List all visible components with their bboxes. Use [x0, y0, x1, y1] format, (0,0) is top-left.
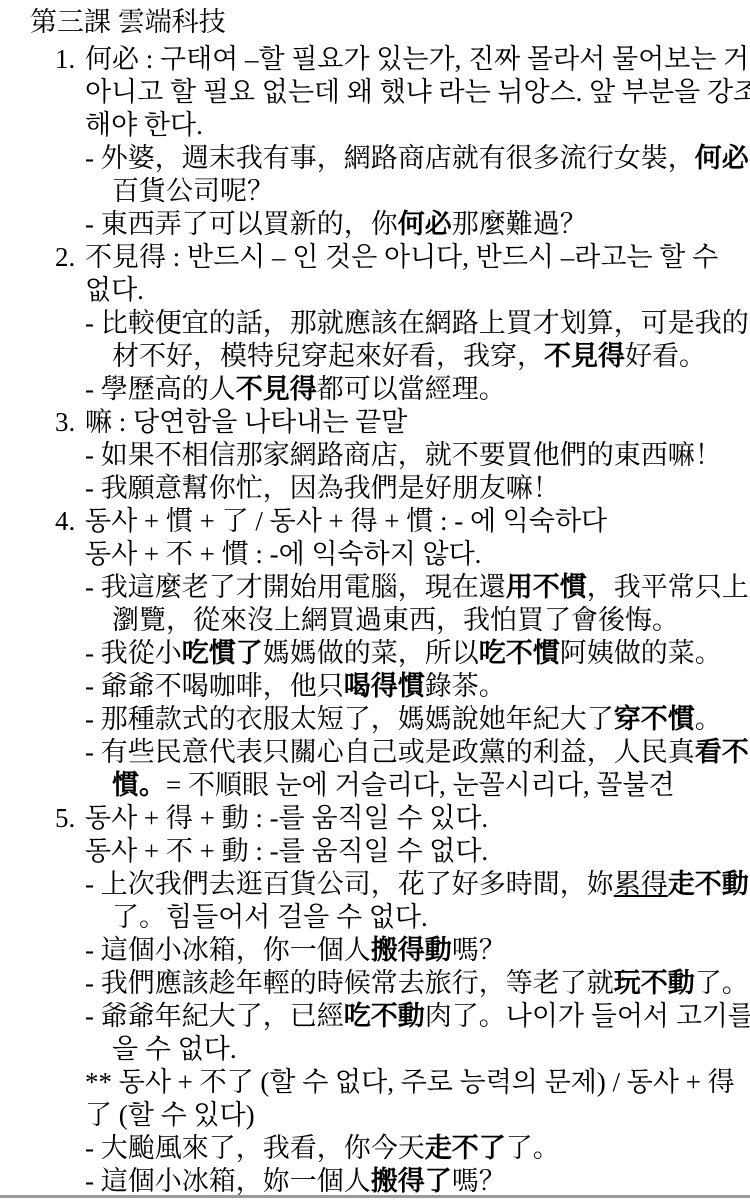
highlighted-term: 搬得了: [371, 1166, 452, 1196]
page-bottom-rule: [0, 1195, 750, 1198]
text-segment: - 比較便宜的話，那就應該在網路上買才划算，可是我的身: [85, 308, 750, 338]
text-segment: - 這個小冰箱，妳一個人: [85, 1166, 371, 1196]
text-segment: 해야 한다.: [85, 110, 203, 140]
text-segment: 不見得 : 반드시 – 인 것은 아니다, 반드시 –라고는 할 수: [85, 242, 718, 272]
text-segment: 錄茶。: [425, 671, 506, 701]
highlighted-term: 不見得: [236, 374, 317, 404]
text-segment: 材不好，模特兒穿起來好看，我穿，: [112, 341, 544, 371]
grammar-point-1-cont: 해야 한다.: [0, 109, 750, 142]
text-segment: 了 (할 수 있다): [85, 1100, 255, 1130]
text-segment: 好看。: [625, 341, 706, 371]
example-sentence: - 爺爺不喝咖啡，他只喝得慣錄茶。: [0, 670, 750, 703]
highlighted-term: 喝得慣: [344, 671, 425, 701]
text-segment: - 學歷高的人: [85, 374, 236, 404]
text-segment: 동사 + 不 + 動 : -를 움직일 수 없다.: [85, 836, 488, 866]
grammar-point-3: 3.嘛 : 당연함을 나타내는 끝말: [0, 406, 750, 439]
example-sentence: - 那種款式的衣服太短了，媽媽說她年紀大了穿不慣。: [0, 703, 750, 736]
text-segment: 那麼難過？: [452, 209, 587, 239]
example-sentence: - 我們應該趁年輕的時候常去旅行，等老了就玩不動了。: [0, 967, 750, 1000]
highlighted-term: 用不慣: [506, 572, 587, 602]
text-segment: - 我願意幫你忙，因為我們是好朋友嘛！: [85, 473, 560, 503]
text-segment: = 不順眼 눈에 거슬리다, 눈꼴시리다, 꼴불견: [166, 770, 675, 800]
example-sentence: - 我這麼老了才開始用電腦，現在還用不慣，我平常只上網: [0, 571, 750, 604]
example-sentence: - 這個小冰箱，你一個人搬得動嗎？: [0, 934, 750, 967]
text-segment: 阿姨做的菜。: [560, 638, 722, 668]
grammar-point-2: 2.不見得 : 반드시 – 인 것은 아니다, 반드시 –라고는 할 수: [0, 241, 750, 274]
document-lines: 第三課 雲端科技1.何必 : 구태여 –할 필요가 있는가, 진짜 몰라서 물어…: [0, 6, 750, 1198]
text-segment: 媽媽做的菜，所以: [263, 638, 479, 668]
text-segment: 了。힘들어서 걸을 수 없다.: [112, 902, 428, 932]
text-segment: - 東西弄了可以買新的，你: [85, 209, 398, 239]
underlined-term: 累得: [614, 869, 668, 899]
example-sentence-cont: 瀏覽，從來沒上網買過東西，我怕買了會後悔。: [0, 604, 750, 637]
text-segment: - 如果不相信那家網路商店，就不要買他們的東西嘛！: [85, 440, 722, 470]
highlighted-term: 玩不動: [614, 968, 695, 998]
page: { "page": { "background_color": "#ffffff…: [0, 0, 750, 1200]
grammar-point-1-cont: 아니고 할 필요 없는데 왜 했냐 라는 뉘앙스. 앞 부분을 강조: [0, 76, 750, 109]
text-segment: 嘛 : 당연함을 나타내는 끝말: [85, 407, 407, 437]
example-sentence: - 這個小冰箱，妳一個人搬得了嗎？: [0, 1165, 750, 1198]
highlighted-term: 何必: [398, 209, 452, 239]
text-segment: 肉了。나이가 들어서 고기를 씹: [425, 1001, 750, 1031]
text-segment: - 有些民意代表只關心自己或是政黨的利益，人民真: [85, 737, 695, 767]
text-segment: 嗎？: [452, 935, 506, 965]
text-segment: 。: [695, 704, 722, 734]
grammar-point-5: 5.동사 + 得 + 動 : -를 움직일 수 있다.: [0, 802, 750, 835]
list-number: 5.: [55, 802, 85, 835]
highlighted-term: 搬得動: [371, 935, 452, 965]
list-number: 3.: [55, 406, 85, 439]
example-sentence: - 東西弄了可以買新的，你何必那麼難過？: [0, 208, 750, 241]
text-segment: - 爺爺年紀大了，已經: [85, 1001, 344, 1031]
example-sentence: - 我願意幫你忙，因為我們是好朋友嘛！: [0, 472, 750, 505]
list-number: 1.: [55, 43, 85, 76]
grammar-point-1: 1.何必 : 구태여 –할 필요가 있는가, 진짜 몰라서 물어보는 거: [0, 43, 750, 76]
example-sentence-cont: 慣。= 不順眼 눈에 거슬리다, 눈꼴시리다, 꼴불견: [0, 769, 750, 802]
text-segment: - 大颱風來了，我看，你今天: [85, 1133, 425, 1163]
text-segment: 을 수 없다.: [112, 1034, 237, 1064]
text-segment: ** 동사 + 不了 (할 수 없다, 주로 능력의 문제) / 동사 + 得: [85, 1067, 735, 1097]
document: 第三課 雲端科技1.何必 : 구태여 –할 필요가 있는가, 진짜 몰라서 물어…: [0, 0, 750, 1198]
text-segment: 瀏覽，從來沒上網買過東西，我怕買了會後悔。: [112, 605, 679, 635]
text-segment: - 爺爺不喝咖啡，他只: [85, 671, 344, 701]
text-segment: - 我從小: [85, 638, 182, 668]
example-sentence: - 有些民意代表只關心自己或是政黨的利益，人民真看不: [0, 736, 750, 769]
grammar-point-4-cont: 동사 + 不 + 慣 : -에 익숙하지 않다.: [0, 538, 750, 571]
text-segment: - 我這麼老了才開始用電腦，現在還: [85, 572, 506, 602]
text-segment: 동사 + 慣 + 了 / 동사 + 得 + 慣 : - 에 익숙하다: [85, 506, 607, 536]
text-segment: - 外婆，週末我有事，網路商店就有很多流行女裝，: [85, 143, 695, 173]
text-segment: 동사 + 得 + 動 : -를 움직일 수 있다.: [85, 803, 488, 833]
example-sentence: - 如果不相信那家網路商店，就不要買他們的東西嘛！: [0, 439, 750, 472]
text-segment: 嗎？: [452, 1166, 506, 1196]
text-segment: 百貨公司呢？: [112, 176, 274, 206]
supplementary-note-cont: 了 (할 수 있다): [0, 1099, 750, 1132]
grammar-point-5-cont: 동사 + 不 + 動 : -를 움직일 수 없다.: [0, 835, 750, 868]
highlighted-term: 不見得: [544, 341, 625, 371]
text-segment: - 上次我們去逛百貨公司，花了好多時間，妳: [85, 869, 614, 899]
example-sentence-cont: 材不好，模特兒穿起來好看，我穿，不見得好看。: [0, 340, 750, 373]
grammar-point-2-cont: 없다.: [0, 274, 750, 307]
text-segment: - 我們應該趁年輕的時候常去旅行，等老了就: [85, 968, 614, 998]
supplementary-note: ** 동사 + 不了 (할 수 없다, 주로 능력의 문제) / 동사 + 得: [0, 1066, 750, 1099]
example-sentence: - 大颱風來了，我看，你今天走不了了。: [0, 1132, 750, 1165]
highlighted-term: 吃慣了: [182, 638, 263, 668]
highlighted-term: 何必: [695, 143, 749, 173]
highlighted-term: 吃不動: [344, 1001, 425, 1031]
example-sentence-cont: 을 수 없다.: [0, 1033, 750, 1066]
text-segment: 了。: [506, 1133, 560, 1163]
example-sentence: - 爺爺年紀大了，已經吃不動肉了。나이가 들어서 고기를 씹: [0, 1000, 750, 1033]
example-sentence: - 學歷高的人不見得都可以當經理。: [0, 373, 750, 406]
text-segment: - 那種款式的衣服太短了，媽媽說她年紀大了: [85, 704, 614, 734]
grammar-point-4: 4.동사 + 慣 + 了 / 동사 + 得 + 慣 : - 에 익숙하다: [0, 505, 750, 538]
highlighted-term: 慣。: [112, 770, 166, 800]
example-sentence: - 比較便宜的話，那就應該在網路上買才划算，可是我的身: [0, 307, 750, 340]
list-number: 2.: [55, 241, 85, 274]
highlighted-term: 穿不慣: [614, 704, 695, 734]
text-segment: 何必 : 구태여 –할 필요가 있는가, 진짜 몰라서 물어보는 거: [85, 44, 749, 74]
highlighted-term: 走不動: [668, 869, 749, 899]
text-segment: - 這個小冰箱，你一個人: [85, 935, 371, 965]
highlighted-term: 看不: [695, 737, 749, 767]
example-sentence-cont: 了。힘들어서 걸을 수 없다.: [0, 901, 750, 934]
text-segment: 없다.: [85, 275, 144, 305]
text-segment: 동사 + 不 + 慣 : -에 익숙하지 않다.: [85, 539, 481, 569]
text-segment: 了。: [695, 968, 749, 998]
example-sentence: - 外婆，週末我有事，網路商店就有很多流行女裝，何必去: [0, 142, 750, 175]
example-sentence: - 我從小吃慣了媽媽做的菜，所以吃不慣阿姨做的菜。: [0, 637, 750, 670]
lesson-title: 第三課 雲端科技: [0, 6, 750, 39]
text-segment: 아니고 할 필요 없는데 왜 했냐 라는 뉘앙스. 앞 부분을 강조: [85, 77, 750, 107]
example-sentence-cont: 百貨公司呢？: [0, 175, 750, 208]
highlighted-term: 吃不慣: [479, 638, 560, 668]
text-segment: ，我平常只上網: [587, 572, 750, 602]
text-segment: 第三課 雲端科技: [30, 7, 226, 37]
text-segment: 都可以當經理。: [317, 374, 506, 404]
example-sentence: - 上次我們去逛百貨公司，花了好多時間，妳累得走不動: [0, 868, 750, 901]
highlighted-term: 走不了: [425, 1133, 506, 1163]
list-number: 4.: [55, 505, 85, 538]
